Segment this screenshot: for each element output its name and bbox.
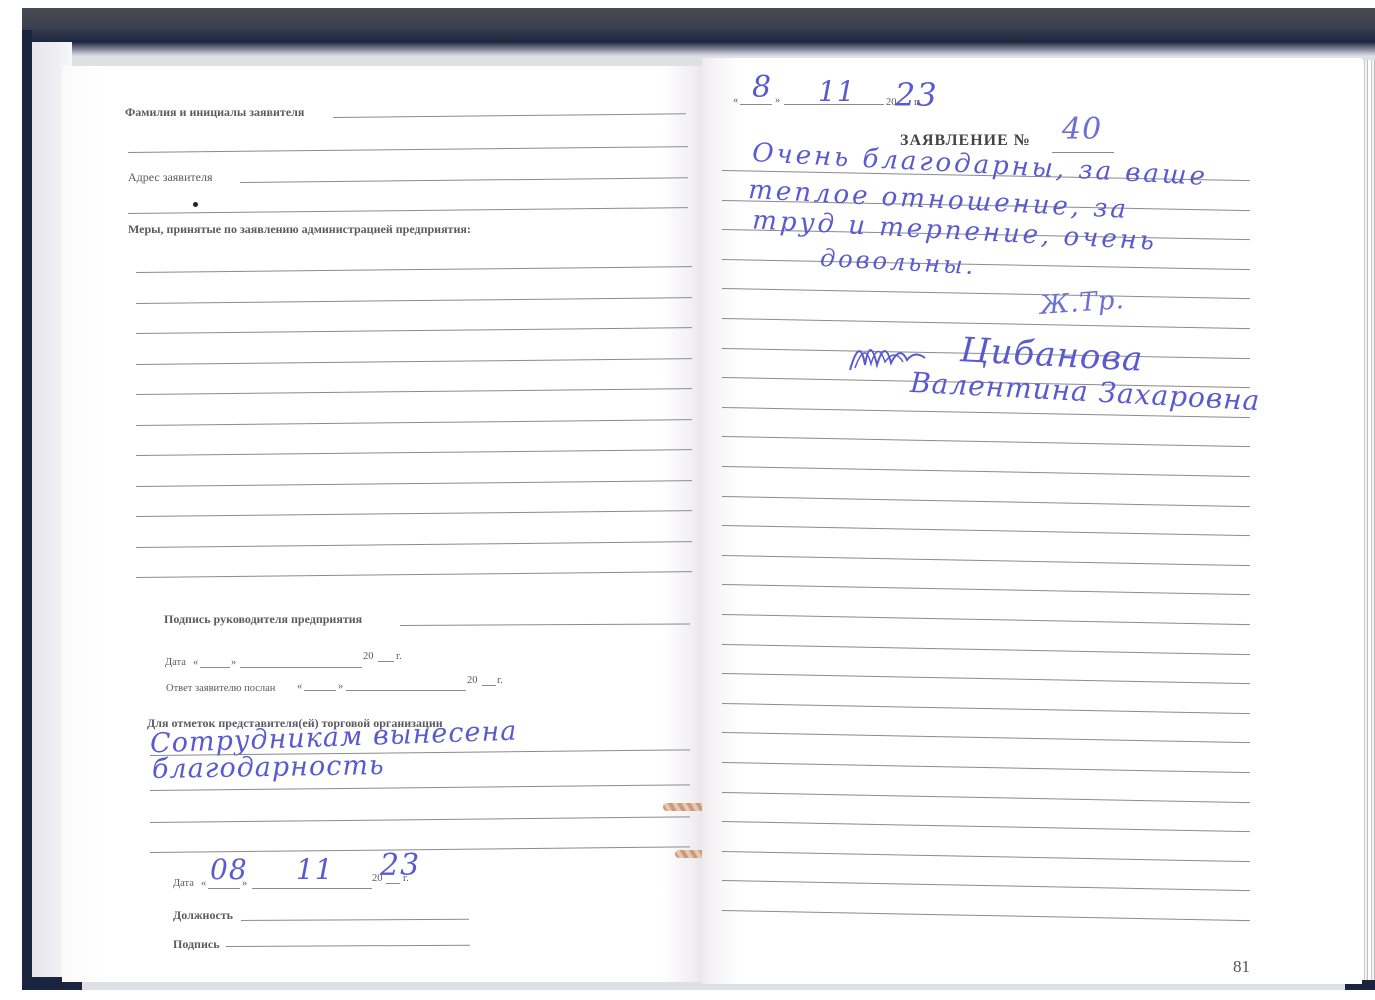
year-blank <box>482 685 496 686</box>
day-blank <box>200 667 230 668</box>
year-blank <box>386 883 400 884</box>
applicant-name-label: Фамилия и инициалы заявителя <box>125 105 304 120</box>
close-quote: » <box>775 95 780 106</box>
statement-number: 40 <box>1062 112 1102 147</box>
open-quote: « <box>193 657 198 668</box>
manager-signature-label: Подпись руководителя предприятия <box>164 612 362 627</box>
position-label: Должность <box>173 908 233 923</box>
year-suffix: г. <box>403 873 409 884</box>
open-quote: « <box>733 95 738 106</box>
measures-label: Меры, принятые по заявлению администраци… <box>128 222 471 237</box>
open-quote: « <box>297 681 302 692</box>
year-suffix: г. <box>396 651 402 662</box>
month-blank <box>346 690 466 691</box>
day-blank <box>208 888 240 889</box>
signature-initials: Ж.Тр. <box>1039 285 1126 321</box>
open-quote: « <box>201 878 206 889</box>
page-number: 81 <box>1233 957 1250 977</box>
date-year-handwritten: 23 <box>895 76 938 114</box>
reply-sent-label: Ответ заявителю послан <box>166 683 275 694</box>
date-month-handwritten: 11 <box>296 853 334 886</box>
year-prefix: 20 <box>363 651 374 662</box>
applicant-address-label: Адрес заявителя <box>128 170 212 185</box>
ink-dot <box>193 202 198 207</box>
date-label: Дата <box>165 657 186 668</box>
year-suffix: г. <box>914 97 920 108</box>
date-day-handwritten: 8 <box>752 70 772 105</box>
year-blank <box>378 661 394 662</box>
year-suffix: г. <box>497 675 503 686</box>
signature-label: Подпись <box>173 937 220 952</box>
date-month-handwritten: 11 <box>818 75 856 108</box>
book-cover-edge <box>22 30 32 990</box>
close-quote: » <box>242 878 247 889</box>
date-year-handwritten: 23 <box>380 848 420 883</box>
month-blank <box>252 888 372 889</box>
day-blank <box>304 690 336 691</box>
statement-number-line <box>1052 152 1114 153</box>
close-quote: » <box>231 657 236 668</box>
month-blank <box>240 667 362 668</box>
close-quote: » <box>338 681 343 692</box>
left-page <box>62 66 702 982</box>
date-label: Дата <box>173 878 194 889</box>
year-prefix: 20 <box>467 675 478 686</box>
